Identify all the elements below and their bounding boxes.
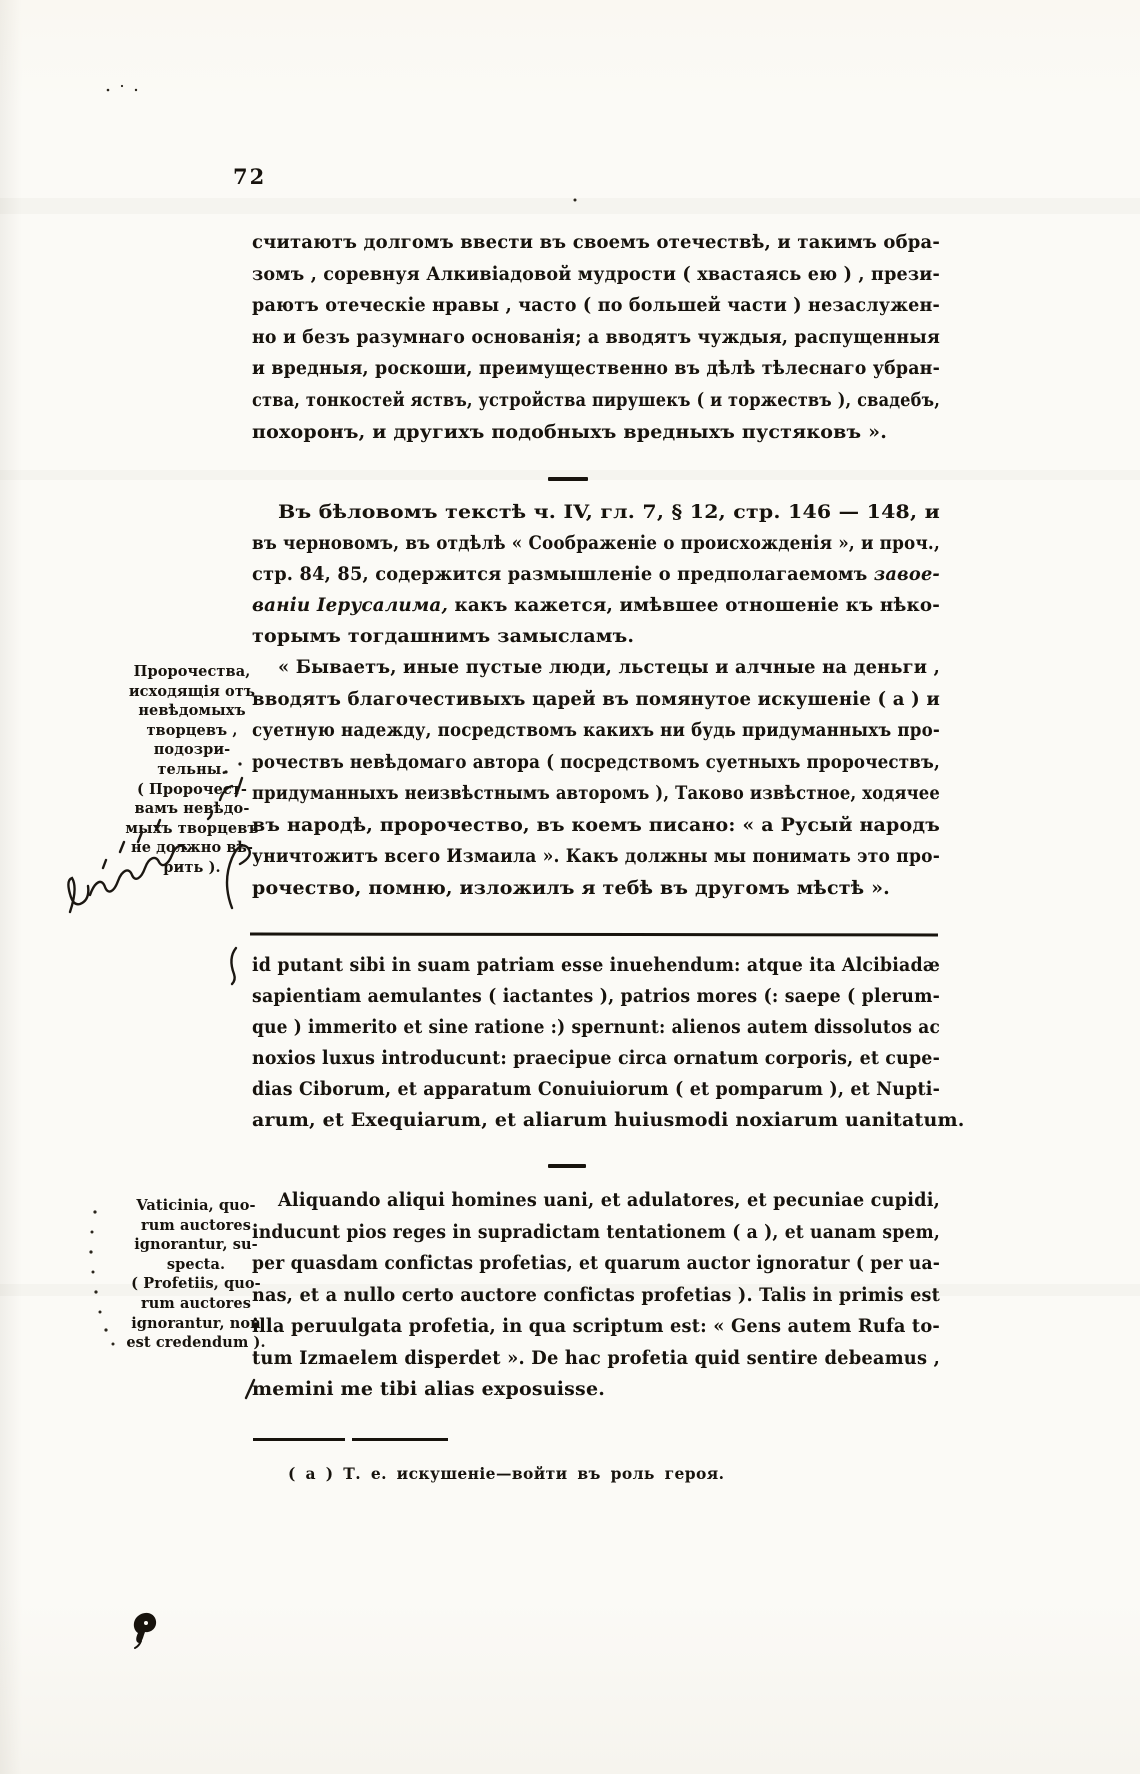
text-line: въ черновомъ, въ отдѣлѣ « Соображеніе о … [252, 528, 940, 559]
text-line: sapientiam aemulantes ( iactantes ), pat… [252, 981, 940, 1012]
text-line: рочество, помню, изложилъ я тебѣ въ друг… [252, 873, 940, 905]
text-line: « Бываетъ, иные пустые люди, льстецы и а… [252, 652, 940, 684]
scanned-book-page: 72 считаютъ долгомъ ввести въ своемъ оте… [0, 0, 1140, 1774]
paragraph-russian-quote: считаютъ долгомъ ввести въ своемъ отечес… [252, 227, 940, 448]
pen-dot-trail [89, 1210, 114, 1345]
text-line: nas, et a nullo certo auctore confictas … [252, 1280, 940, 1312]
text-line: исходящія отъ [120, 682, 264, 702]
text-line: tum Izmaelem disperdet ». De hac profeti… [252, 1343, 940, 1375]
text-line: per quasdam confictas profetias, et quar… [252, 1248, 940, 1280]
margin-note-russian: Пророчества,исходящія отъневѣдомыхътворц… [120, 662, 264, 878]
text-separator-rule [250, 933, 938, 937]
text-line: творцевъ , [120, 721, 264, 741]
text-line: подозри- [120, 740, 264, 760]
text-line: вамъ невѣдо- [120, 799, 264, 819]
text-line: Пророчества, [120, 662, 264, 682]
text-line: ( Пророчест- [120, 780, 264, 800]
text-line: тельны. [120, 760, 264, 780]
text-line: memini me tibi alias exposuisse. [252, 1374, 940, 1406]
ink-blot [134, 1613, 156, 1648]
footnote-text: ( а ) Т. е. искушеніе—войти въ роль геро… [288, 1464, 724, 1483]
text-line: Vaticinia, quo- [118, 1196, 274, 1216]
text-line: вводятъ благочестивыхъ царей въ помянуто… [252, 684, 940, 716]
footnote-rule [253, 1438, 345, 1441]
paragraph-russian-prophecy: « Бываетъ, иные пустые люди, льстецы и а… [252, 652, 940, 904]
paragraph-russian-commentary: Въ бѣловомъ текстѣ ч. IV, гл. 7, § 12, с… [252, 497, 940, 652]
text-line: noxios luxus introducunt: praecipue circ… [252, 1043, 940, 1074]
paper-specks [107, 85, 577, 202]
text-line: рить ). [120, 858, 264, 878]
text-line: Aliquando aliqui homines uani, et adulat… [252, 1185, 940, 1217]
text-line: придуманныхъ неизвѣстнымъ авторомъ ), Та… [252, 778, 940, 810]
text-line: rum auctores [118, 1216, 274, 1236]
text-line: похоронъ, и другихъ подобныхъ вредныхъ п… [252, 417, 940, 449]
text-line: dias Ciborum, et apparatum Conuiuiorum (… [252, 1074, 940, 1105]
footnote-rule [352, 1438, 448, 1441]
page-number: 72 [233, 164, 266, 189]
text-line: стр. 84, 85, содержится размышленіе о пр… [252, 559, 940, 590]
text-line: inducunt pios reges in supradictam tenta… [252, 1217, 940, 1249]
text-line: уничтожитъ всего Измаила ». Какъ должны … [252, 841, 940, 873]
paragraph-latin-1: id putant sibi in suam patriam esse inue… [252, 950, 940, 1136]
text-line: ваніи Іерусалима, какъ кажется, имѣвшее … [252, 590, 940, 621]
text-line: и вредныя, роскоши, преимущественно въ д… [252, 353, 940, 385]
text-line: arum, et Exequiarum, et aliarum huiusmod… [252, 1105, 940, 1136]
text-line: торымъ тогдашнимъ замысламъ. [252, 621, 940, 652]
text-line: но и безъ разумнаго основанія; а вводятъ… [252, 322, 940, 354]
text-line: невѣдомыхъ [120, 701, 264, 721]
text-line: въ народѣ, пророчество, въ коемъ писано:… [252, 810, 940, 842]
scan-shading-band [0, 198, 1140, 214]
text-line: зомъ , соревнуя Алкивіадовой мудрости ( … [252, 259, 940, 291]
text-line: ства, тонкостей яствъ, устройства пируше… [252, 385, 940, 417]
text-line: не должно вѣ- [120, 838, 264, 858]
text-line: считаютъ долгомъ ввести въ своемъ отечес… [252, 227, 940, 259]
text-line: ignorantur, non [118, 1314, 274, 1334]
paragraph-latin-2: Aliquando aliqui homines uani, et adulat… [252, 1185, 940, 1406]
text-line: est credendum ). [118, 1333, 274, 1353]
text-line: рочествъ невѣдомаго автора ( посредством… [252, 747, 940, 779]
text-line: Въ бѣловомъ текстѣ ч. IV, гл. 7, § 12, с… [252, 497, 940, 528]
text-line: que ) immerito et sine ratione :) spernu… [252, 1012, 940, 1043]
text-line: ( Profetiis, quo- [118, 1274, 274, 1294]
margin-note-latin: Vaticinia, quo-rum auctoresignorantur, s… [118, 1196, 274, 1353]
section-divider [548, 1164, 586, 1168]
text-line: id putant sibi in suam patriam esse inue… [252, 950, 940, 981]
text-line: rum auctores [118, 1294, 274, 1314]
section-divider [548, 477, 588, 481]
text-line: суетную надежду, посредствомъ какихъ ни … [252, 715, 940, 747]
text-line: мыхъ творцевъ [120, 819, 264, 839]
text-line: ignorantur, su- [118, 1235, 274, 1255]
text-line: illa peruulgata profetia, in qua scriptu… [252, 1311, 940, 1343]
text-line: раютъ отеческіе нравы , часто ( по больш… [252, 290, 940, 322]
text-line: specta. [118, 1255, 274, 1275]
